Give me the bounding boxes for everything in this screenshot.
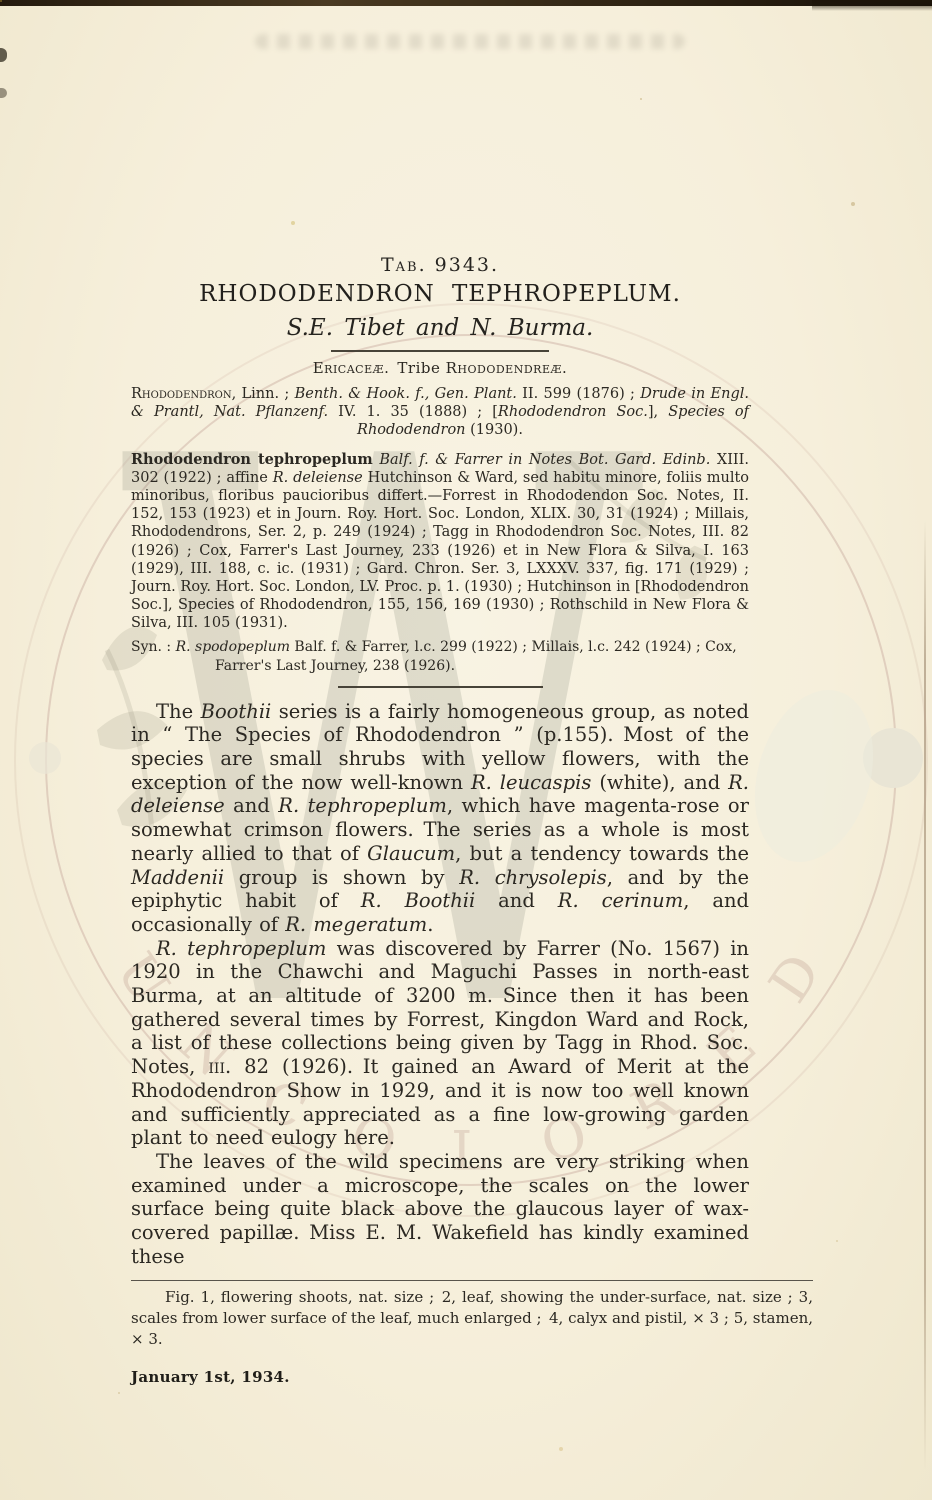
plate-number: Tab. 9343. — [131, 255, 749, 275]
genus-citation: Rhododendron, Linn. ; Benth. & Hook. f.,… — [131, 385, 749, 440]
species-citation: Rhododendron tephropeplum Balf. f. & Far… — [131, 451, 749, 633]
document-page: W UNCOLORED Tab. 9343. RHODODENDRON TEPH… — [0, 0, 932, 1500]
figure-caption: Fig. 1, flowering shoots, nat. size ; 2,… — [131, 1287, 813, 1350]
plate-subtitle: S.E. Tibet and N. Burma. — [131, 315, 749, 341]
section-rule — [338, 686, 543, 688]
scan-left-edge-mark — [0, 88, 7, 98]
paper-specks — [0, 0, 2, 2]
synonymy-line: Syn. : R. spodopeplum Balf. f. & Farrer,… — [131, 638, 749, 677]
publication-date: January 1st, 1934. — [131, 1368, 813, 1386]
body-paragraph: R. tephropeplum was discovered by Farrer… — [131, 937, 749, 1150]
family-tribe-line: Ericaceæ. Tribe Rhododendreæ. — [131, 360, 749, 377]
printed-text-block: Tab. 9343. RHODODENDRON TEPHROPEPLUM. S.… — [131, 255, 813, 1386]
scan-left-edge-mark — [0, 48, 7, 62]
body-paragraph: The leaves of the wild specimens are ver… — [131, 1150, 749, 1269]
plate-title: RHODODENDRON TEPHROPEPLUM. — [131, 281, 749, 307]
scan-top-edge — [0, 0, 932, 6]
watermark-bead-left — [29, 742, 61, 774]
body-text: The Boothii series is a fairly homogeneo… — [131, 700, 749, 1269]
footnote-rule — [131, 1280, 813, 1281]
scan-right-edge-line — [924, 520, 926, 1470]
scan-top-right-shadow — [812, 0, 932, 11]
title-rule — [331, 350, 549, 352]
paper-showthrough — [255, 34, 685, 49]
body-paragraph: The Boothii series is a fairly homogeneo… — [131, 700, 749, 937]
